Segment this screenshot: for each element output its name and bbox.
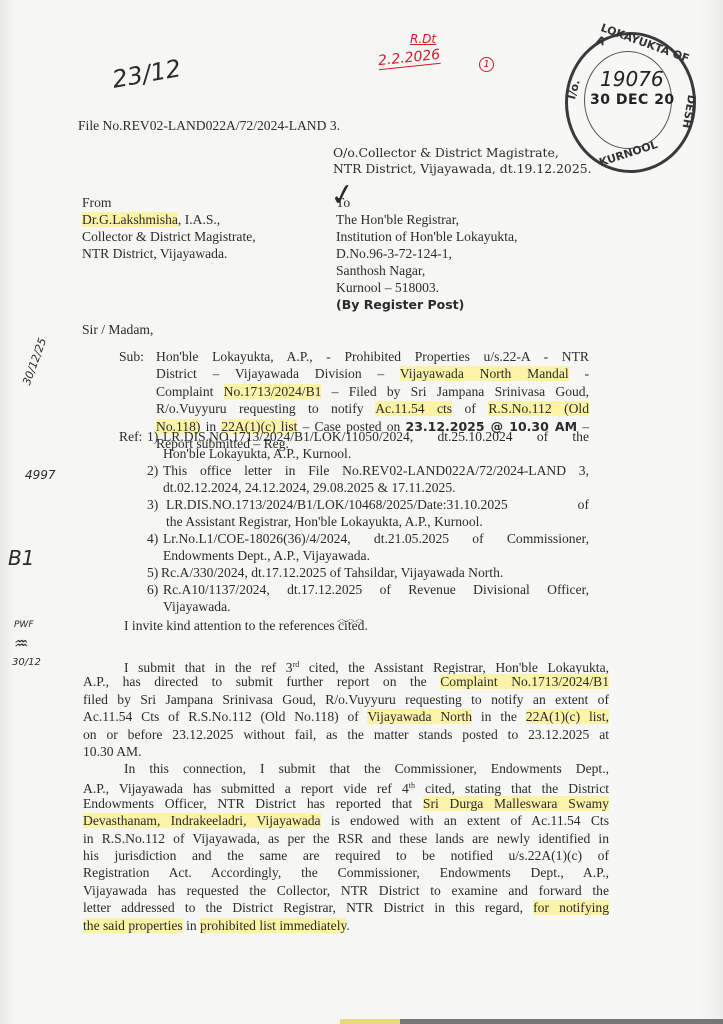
received-label: R.Dt	[410, 32, 436, 46]
margin-number: 4997	[25, 468, 56, 482]
file-number: File No.REV02-LAND022A/72/2024-LAND 3.	[78, 118, 340, 134]
margin-signature-date: 30/12/25	[20, 336, 49, 387]
scan-edge-highlight	[340, 1019, 400, 1024]
ref-1-text: LR.DIS.NO.1713/2024/B1/LOK/11050/2024, d…	[163, 428, 589, 463]
from-line-3: NTR District, Vijayawada.	[82, 246, 227, 262]
office-line-1: O/o.Collector & District Magistrate,	[333, 145, 559, 160]
margin-section: B1	[8, 546, 34, 570]
ref-5-num: 5)	[147, 565, 158, 581]
subject-line: Complaint No.1713/2024/B1 – Filed by Sri…	[156, 383, 589, 400]
ref-3-text: LR.DIS.NO.1713/2024/B1/LOK/10468/2025/Da…	[166, 496, 589, 531]
stamp-inward-number: 19076	[600, 67, 664, 91]
office-line-2: NTR District, Vijayawada, dt.19.12.2025.	[333, 161, 592, 176]
ref-2-text: This office letter in File No.REV02-LAND…	[163, 462, 589, 497]
circled-number: 1	[479, 57, 494, 72]
ref-2-num: 2)	[147, 463, 158, 479]
ref-6-num: 6)	[147, 582, 158, 598]
ref-3-num: 3)	[147, 497, 158, 513]
lokayukta-received-stamp: LOKAYUKTA OF A I/o. KURNOOL DESH 19076 3…	[565, 32, 696, 173]
from-name-line: Dr.G.Lakshmisha, I.A.S.,	[82, 212, 220, 228]
salutation: Sir / Madam,	[82, 322, 153, 338]
ref-5-text: Rc.A/330/2024, dt.17.12.2025 of Tahsilda…	[161, 565, 503, 581]
from-line-2: Collector & District Magistrate,	[82, 229, 256, 245]
ref-4-num: 4)	[147, 531, 158, 547]
to-line-3: D.No.96-3-72-124-1,	[336, 246, 452, 262]
references-label: Ref:	[119, 429, 142, 445]
body-paragraph-3: In this connection, I submit that the Co…	[83, 760, 609, 934]
stamp-right-text: DESH	[680, 94, 699, 130]
margin-pwf: PWF	[14, 620, 34, 630]
ref-1-num: 1)	[147, 429, 158, 445]
to-line-5: Kurnool – 518003.	[336, 280, 439, 296]
from-name-suffix: , I.A.S.,	[178, 212, 220, 227]
subject-line: R/o.Vuyyuru requesting to notify Ac.11.5…	[156, 400, 589, 417]
ref-4-text: Lr.No.L1/COE-18026(36)/4/2024, dt.21.05.…	[163, 530, 589, 565]
body-paragraph-1: I invite kind attention to the reference…	[124, 618, 368, 634]
body-paragraph-2: I submit that in the ref 3rd cited, the …	[83, 656, 609, 760]
subject-label: Sub:	[119, 349, 144, 365]
stamp-left-text: I/o.	[565, 78, 583, 101]
handwritten-date-top-left: 23/12	[110, 54, 183, 94]
to-line-1: The Hon'ble Registrar,	[336, 212, 459, 228]
margin-pwf-date: 30/12	[12, 657, 41, 668]
from-name: Dr.G.Lakshmisha	[82, 212, 178, 227]
margin-signature-icon: ♒	[14, 634, 28, 653]
checkmark-icon: ✓	[327, 176, 358, 215]
stamp-date: 30 DEC 20	[590, 92, 675, 108]
from-label: From	[82, 195, 111, 211]
delivery-mode: (By Register Post)	[336, 297, 464, 312]
subject-line: Hon'ble Lokayukta, A.P., - Prohibited Pr…	[156, 348, 589, 365]
to-line-4: Santhosh Nagar,	[336, 263, 425, 279]
to-line-2: Institution of Hon'ble Lokayukta,	[336, 229, 517, 245]
subject-line: District – Vijayawada Division – Vijayaw…	[156, 365, 589, 382]
received-date: 2.2.2026	[377, 47, 441, 70]
scanned-letter-page: 23/12 R.Dt 2.2.2026 1 30/12/25 4997 B1 P…	[0, 0, 723, 1024]
ref-6-text: Rc.A10/1137/2024, dt.17.12.2025 of Reven…	[163, 581, 589, 616]
